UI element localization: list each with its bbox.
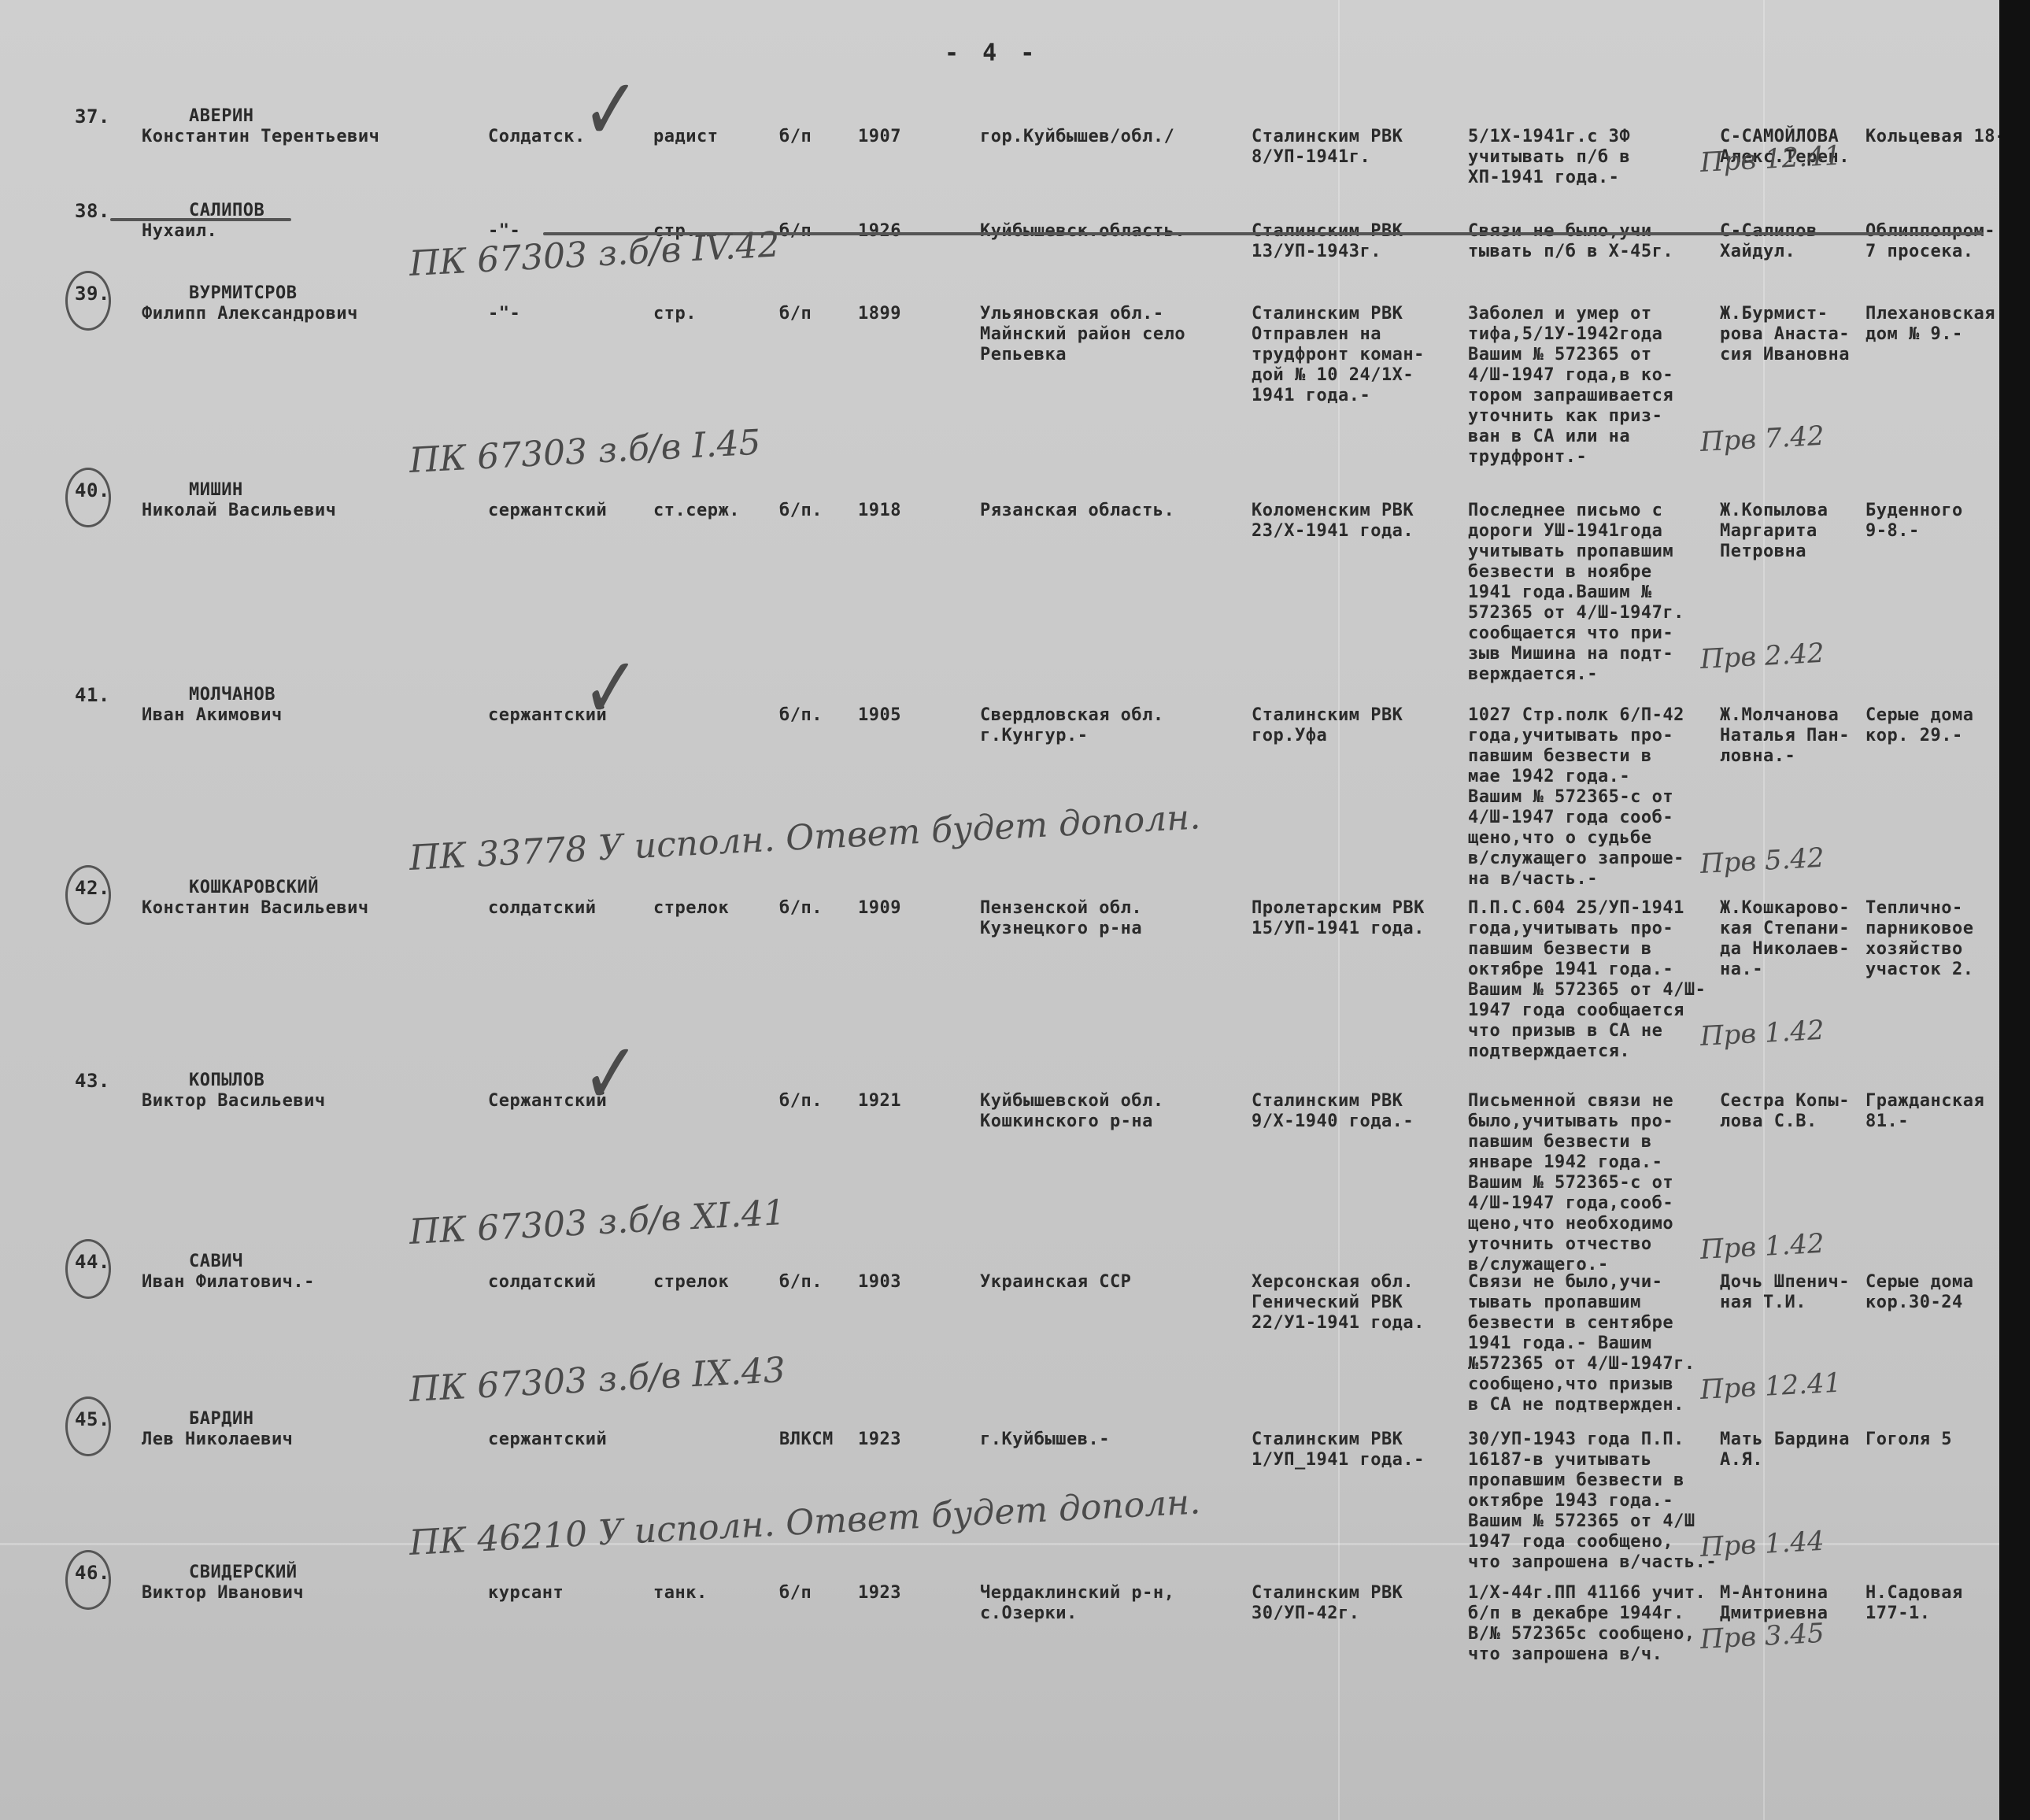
specialty: ст.серж. xyxy=(653,501,740,521)
status-note: 1027 Стр.полк 6/П-42 года,учитывать про-… xyxy=(1468,705,1684,890)
draft-office: Сталинским РВК 30/УП-42г. xyxy=(1252,1583,1403,1624)
birthplace: Свердловская обл. г.Кунгур.- xyxy=(980,705,1164,746)
relative: Ж.Молчанова Наталья Пан- ловна.- xyxy=(1720,705,1850,767)
specialty: стр. xyxy=(653,304,697,324)
draft-office: Сталинским РВК 8/УП-1941г. xyxy=(1252,127,1403,168)
status-note: Последнее письмо с дороги УШ-1941года уч… xyxy=(1468,501,1684,685)
scan-border xyxy=(1999,0,2030,1820)
status-note: Заболел и умер от тифа,5/1У-1942года Ваш… xyxy=(1468,304,1673,468)
person-surname: МОЛЧАНОВ xyxy=(189,685,275,705)
address: Теплично- парниковое хозяйство участок 2… xyxy=(1865,898,1973,980)
relative: Ж.Копылова Маргарита Петровна xyxy=(1720,501,1828,562)
relative: С-Салипов Хайдул. xyxy=(1720,221,1817,262)
rank: Солдатск. xyxy=(488,127,586,147)
birthplace: Куйбышевской обл. Кошкинского р-на xyxy=(980,1091,1164,1132)
person-name: Лев Николаевич xyxy=(142,1430,293,1450)
handwritten-annotation: ПК 33778 У исполн. Ответ будет дополн. xyxy=(409,797,1202,879)
address: Буденного 9-8.- xyxy=(1865,501,1963,542)
draft-office: Сталинским РВК гор.Уфа xyxy=(1252,705,1403,746)
person-surname: КОШКАРОВСКИЙ xyxy=(189,878,319,898)
status-note: Связи не было,учи тывать п/б в Х-45г. xyxy=(1468,221,1673,262)
relative: Ж.Кошкарово- кая Степани- да Николаев- н… xyxy=(1720,898,1850,980)
rank: -"- xyxy=(488,304,520,324)
birth-year: 1903 xyxy=(858,1272,901,1293)
address: Серые дома кор.30-24 xyxy=(1865,1272,1973,1313)
handwritten-annotation: ПК 67303 з.б/в XI.41 xyxy=(409,1193,786,1252)
person-name: Константин Терентьевич xyxy=(142,127,379,147)
draft-office: Сталинским РВК 9/Х-1940 года.- xyxy=(1252,1091,1414,1132)
status-note: 30/УП-1943 года П.П. 16187-в учитывать п… xyxy=(1468,1430,1717,1573)
specialty: радист xyxy=(653,127,718,147)
draft-office: Сталинским РВК Отправлен на трудфронт ко… xyxy=(1252,304,1425,406)
row-number: 41. xyxy=(75,685,110,705)
draft-office: Пролетарским РВК 15/УП-1941 года. xyxy=(1252,898,1425,939)
circle-mark-icon xyxy=(65,1239,111,1299)
address: Кольцевая 18-1 xyxy=(1865,127,2017,147)
person-name: Николай Васильевич xyxy=(142,501,336,521)
birth-year: 1905 xyxy=(858,705,901,726)
party: б/п xyxy=(779,1583,812,1604)
person-surname: ВУРМИТСРОВ xyxy=(189,283,297,304)
handwritten-mark: Прв 12.41 xyxy=(1699,1367,1842,1406)
person-surname: АВЕРИН xyxy=(189,106,253,127)
person-name: Иван Акимович xyxy=(142,705,283,726)
person-surname: КОПЫЛОВ xyxy=(189,1071,264,1091)
party: б/п. xyxy=(779,898,823,919)
birthplace: Чердаклинский р-н, с.Озерки. xyxy=(980,1583,1174,1624)
birth-year: 1926 xyxy=(858,221,901,242)
person-name: Нухаил. xyxy=(142,221,217,242)
rank: курсант xyxy=(488,1583,564,1604)
party: б/п. xyxy=(779,1091,823,1112)
document-page: - 4 - 37.АВЕРИНКонстантин ТерентьевичСол… xyxy=(0,0,1999,1820)
person-name: Виктор Васильевич xyxy=(142,1091,326,1112)
specialty: стрелок xyxy=(653,898,729,919)
birth-year: 1923 xyxy=(858,1583,901,1604)
row-number: 38. xyxy=(75,201,110,221)
checkmark-icon: ✓ xyxy=(582,1023,640,1124)
circle-mark-icon xyxy=(65,271,111,331)
person-surname: СВИДЕРСКИЙ xyxy=(189,1563,297,1583)
party: б/п. xyxy=(779,705,823,726)
address: Гоголя 5 xyxy=(1865,1430,1952,1450)
row-number: 37. xyxy=(75,106,110,127)
address: Н.Садовая 177-1. xyxy=(1865,1583,1963,1624)
birthplace: Рязанская область. xyxy=(980,501,1174,521)
checkmark-icon: ✓ xyxy=(582,59,640,160)
status-note: Письменной связи не было,учитывать про- … xyxy=(1468,1091,1673,1275)
status-note: Связи не было,учи- тывать пропавшим безв… xyxy=(1468,1272,1695,1415)
relative: Ж.Бурмист- рова Анаста- сия Ивановна xyxy=(1720,304,1850,365)
birthplace: гор.Куйбышев/обл./ xyxy=(980,127,1174,147)
address: Облиппопром- 7 просека. xyxy=(1865,221,1995,262)
person-name: Филипп Александрович xyxy=(142,304,358,324)
address: Плехановская дом № 9.- xyxy=(1865,304,1995,345)
specialty: танк. xyxy=(653,1583,708,1604)
handwritten-annotation: ПК 67303 з.б/в IV.42 xyxy=(409,224,781,284)
birthplace: Куйбышевск.область. xyxy=(980,221,1185,242)
person-name: Виктор Иванович xyxy=(142,1583,304,1604)
handwritten-mark: Прв 1.42 xyxy=(1699,1228,1825,1266)
relative: Мать Бардина А.Я. xyxy=(1720,1430,1850,1470)
draft-office: Сталинским РВК 13/УП-1943г. xyxy=(1252,221,1403,262)
rank: солдатский xyxy=(488,898,596,919)
status-note: 5/1Х-1941г.с ЗФ учитывать п/б в ХП-1941 … xyxy=(1468,127,1630,188)
handwritten-annotation: ПК 67303 з.б/в I.45 xyxy=(409,423,762,481)
person-surname: САВИЧ xyxy=(189,1252,243,1272)
status-note: П.П.С.604 25/УП-1941 года,учитывать про-… xyxy=(1468,898,1706,1062)
party: б/п. xyxy=(779,1272,823,1293)
birthplace: Украинская ССР xyxy=(980,1272,1131,1293)
party: б/п xyxy=(779,221,812,242)
rank: сержантский xyxy=(488,1430,607,1450)
birth-year: 1899 xyxy=(858,304,901,324)
handwritten-mark: Прв 7.42 xyxy=(1699,420,1825,458)
circle-mark-icon xyxy=(65,865,111,925)
birth-year: 1921 xyxy=(858,1091,901,1112)
birth-year: 1907 xyxy=(858,127,901,147)
handwritten-mark: Прв 3.45 xyxy=(1699,1618,1825,1655)
relative: Дочь Шпенич- ная Т.И. xyxy=(1720,1272,1850,1313)
relative: Сестра Копы- лова С.В. xyxy=(1720,1091,1850,1132)
circle-mark-icon xyxy=(65,468,111,527)
address: Гражданская 81.- xyxy=(1865,1091,1984,1132)
draft-office: Сталинским РВК 1/УП_1941 года.- xyxy=(1252,1430,1425,1470)
draft-office: Коломенским РВК 23/Х-1941 года. xyxy=(1252,501,1414,542)
birth-year: 1918 xyxy=(858,501,901,521)
birthplace: г.Куйбышев.- xyxy=(980,1430,1110,1450)
birthplace: Ульяновская обл.- Майнский район село Ре… xyxy=(980,304,1185,365)
row-number: 43. xyxy=(75,1071,110,1091)
rank: солдатский xyxy=(488,1272,596,1293)
person-name: Иван Филатович.- xyxy=(142,1272,315,1293)
handwritten-mark: Прв 2.42 xyxy=(1699,638,1825,675)
rank: сержантский xyxy=(488,501,607,521)
person-surname: БАРДИН xyxy=(189,1409,253,1430)
handwritten-mark: Прв 1.44 xyxy=(1699,1526,1825,1563)
party: ВЛКСМ xyxy=(779,1430,834,1450)
birthplace: Пензенской обл. Кузнецкого р-на xyxy=(980,898,1142,939)
birth-year: 1923 xyxy=(858,1430,901,1450)
status-note: 1/Х-44г.ПП 41166 учит. б/п в декабре 194… xyxy=(1468,1583,1706,1665)
strikethrough-line xyxy=(110,218,291,221)
draft-office: Херсонская обл. Генический РВК 22/У1-194… xyxy=(1252,1272,1425,1334)
party: б/п xyxy=(779,304,812,324)
handwritten-mark: Прв 5.42 xyxy=(1699,842,1825,880)
specialty: стрелок xyxy=(653,1272,729,1293)
address: Серые дома кор. 29.- xyxy=(1865,705,1973,746)
circle-mark-icon xyxy=(65,1396,111,1456)
party: б/п. xyxy=(779,501,823,521)
handwritten-annotation: ПК 46210 У исполн. Ответ будет дополн. xyxy=(409,1482,1202,1563)
page-number: - 4 - xyxy=(945,39,1039,67)
handwritten-annotation: ПК 67303 з.б/в IX.43 xyxy=(409,1350,786,1410)
birth-year: 1909 xyxy=(858,898,901,919)
checkmark-icon: ✓ xyxy=(582,638,640,738)
person-surname: МИШИН xyxy=(189,480,243,501)
handwritten-mark: Прв 12.41 xyxy=(1699,140,1842,179)
handwritten-mark: Прв 1.42 xyxy=(1699,1015,1825,1052)
circle-mark-icon xyxy=(65,1550,111,1610)
party: б/п xyxy=(779,127,812,147)
person-name: Константин Васильевич xyxy=(142,898,369,919)
